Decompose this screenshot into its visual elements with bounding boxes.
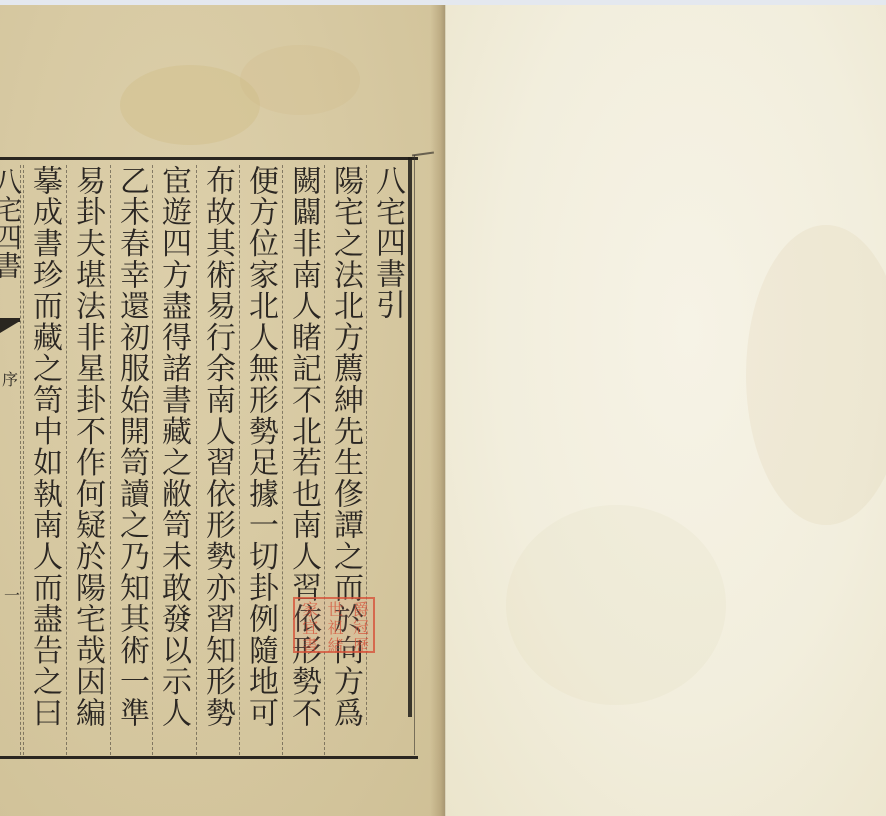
text-column-1: 陽宅之法北方薦紳先生俢譚之而於向方爲 [324,165,365,755]
margin-section-label: 序 [2,367,18,390]
book-spread: 八宅四書引 陽宅之法北方薦紳先生俢譚之而於向方爲 闕闢非南人睹記不北若也南人習依… [0,5,886,816]
seal-char: 爵 [348,601,371,617]
paper-stain [506,505,726,705]
text-column-8: 摹成書珍而藏之笥中如執南人而盡告之曰 [23,165,64,755]
seal-char: 家 [297,601,320,617]
frame-border-rule [414,155,415,755]
seal-char: 祖 [322,619,345,635]
text-column-5: 宦遊四方盡得諸書藏之敝笥未敢發以示人 [152,165,193,755]
text-column-6: 乙未春幸還初服始開笥讀之乃知其術一準 [110,165,151,755]
paper-stain [746,225,886,525]
right-page-blank [445,5,886,816]
seal-char: 歷 [348,637,371,653]
seal-char: 緒 [322,637,345,653]
paper-stain [120,65,260,145]
text-column-3: 便方位家北人無形勢足據一切卦例隨地可 [239,165,280,755]
seal-char: 宜 [297,619,320,635]
left-page: 八宅四書引 陽宅之法北方薦紳先生俢譚之而於向方爲 闕闢非南人睹記不北若也南人習依… [0,5,445,816]
seal-char: 冠 [348,619,371,635]
fish-tail-icon [0,321,20,333]
margin-book-title: 八宅四書 [0,167,20,279]
paper-stain [240,45,360,115]
seal-char: 書 [297,637,320,653]
margin-page-number: 一 [4,583,20,606]
collector-seal: 家 世 爵 宜 祖 冠 書 緒 歷 [293,597,375,653]
text-column-4: 布故其術易行余南人習依形勢亦習知形勢 [196,165,237,755]
text-column-7: 易卦夫堪法非星卦不作何疑於陽宅哉因編 [66,165,107,755]
frame-border-rule [408,157,412,717]
gutter-shadow [430,5,445,816]
text-column-2: 闕闢非南人睹記不北若也南人習依形勢不 [282,165,323,755]
seal-char: 世 [322,601,345,617]
